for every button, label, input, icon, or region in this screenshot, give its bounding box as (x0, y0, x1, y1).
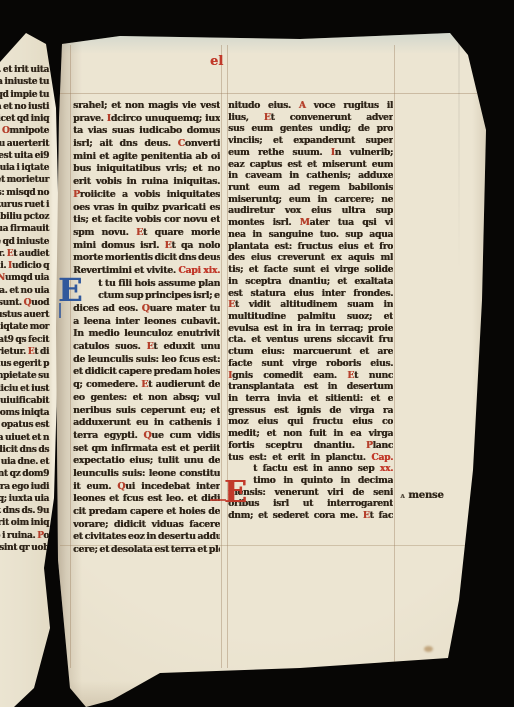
text-line: gressus est ignis de virga ra (228, 405, 393, 417)
text-run: et uita uiuet et n (0, 433, 49, 443)
text-run: usturus ruet i (0, 200, 49, 210)
text-run: lius, (228, 112, 264, 123)
text-line: ama et no iusti (0, 102, 52, 114)
text-run: fortis sceptru dnantiu. (228, 440, 366, 451)
text-line: dnm; et sederet cora me. Et fac (228, 510, 393, 522)
text-run: ui incedebat inter (125, 481, 220, 492)
text-run: P (73, 189, 80, 200)
text-line: multitudine palmitu suoz; et (228, 311, 393, 323)
text-run: transplantata est in desertum (228, 381, 393, 392)
text-run: in terra invia et sitienti: et e (228, 393, 393, 404)
text-run: plantata est: fructus eius et fro (228, 241, 393, 252)
text-run: vinciis; et expanderunt super (228, 135, 393, 146)
text-line: morietur. Et di (0, 347, 52, 359)
text-run: audiretur vox eius ultra sup (228, 205, 393, 216)
text-run: ur sunt qz dom9 (0, 469, 49, 479)
text-line: a dni. Iudicio q (0, 261, 52, 273)
text-run: tus est: et erit in planctu. (228, 452, 371, 463)
text-run: expectatio eius; tulit unu de (73, 455, 220, 466)
text-line: cta. et ventus urens siccavit fru (228, 334, 393, 346)
text-run: qua uia dne. et (0, 457, 49, 467)
text-line: mutat9 qs fecit (0, 335, 52, 347)
text-run: multitudine palmitu suoz; et (228, 311, 393, 322)
text-run: queq; iuxta uia (0, 494, 49, 504)
text-line: Et dicit dns ds (0, 445, 52, 457)
text-run: roiicite a vobis iniquitates (80, 189, 220, 200)
text-line: In medio leunculoz enutrivit (73, 328, 220, 341)
text-line: eum rethe suum. In vulnerib; (228, 147, 393, 159)
text-line: s. Numqd uia (0, 273, 52, 285)
text-line: in caveam in cathenis; adduxe (228, 170, 393, 182)
text-run: si iustus auert (0, 310, 49, 320)
text-line: eaz captus est et miserunt eum (228, 159, 393, 171)
text-run: t eduxit unu (153, 341, 220, 352)
text-run: medit; et non fuit in ea virga (228, 428, 393, 439)
text-run: de leunculis suis: leo fcus est: (73, 354, 220, 365)
text-line: ordabiliu pctoz (0, 212, 52, 224)
text-line: Et vidit altitudinem suam in (228, 299, 393, 311)
text-run: Capi xix. (178, 265, 220, 276)
text-line: emur. Et audiet (0, 249, 52, 261)
text-line: eo gentes: et non absq; vul (73, 392, 220, 405)
text-line: Proiicite a vobis iniquitates (73, 189, 220, 202)
text-run: o (43, 531, 49, 541)
text-run: a se oms iniqta (0, 408, 49, 418)
text-run: t audiet (13, 249, 49, 259)
text-line: et iudiciu et iust (0, 384, 52, 396)
text-line: qua firmauit (0, 224, 52, 236)
text-run: mutat9 qs fecit (0, 335, 49, 345)
text-line: spm novu. Et quare morie (73, 227, 220, 240)
text-run: t qa nolo (171, 240, 220, 251)
text-line: nsura ego iudi (0, 482, 52, 494)
text-line: mensis: venerunt viri de seni (228, 487, 393, 499)
crease (458, 34, 460, 274)
text-run: is: et morietur (0, 175, 49, 185)
text-run: it eum. (73, 481, 117, 492)
text-run: t dicit dns ds (0, 445, 49, 455)
text-run: inse sunt. (0, 298, 24, 308)
text-line: is: et morietur (0, 175, 52, 187)
text-line: et uita uiuet et n (0, 433, 52, 445)
text-line: transplantata est in desertum (228, 381, 393, 393)
text-run: t nunc (354, 370, 393, 381)
text-line: ur sunt qz dom9 (0, 469, 52, 481)
text-run: n vulnerib; (335, 147, 393, 158)
text-run: dices ad eos. (73, 303, 142, 314)
text-run: srahel; et non magis vie vest (73, 100, 220, 111)
text-run: onverti (185, 138, 220, 149)
text-run: leones et fcus est leo. et didi (73, 493, 220, 504)
text-run: ama et no iusti (0, 102, 49, 112)
text-line: ma. et irit uita (0, 65, 52, 77)
text-run: ema. et no uia (0, 286, 49, 296)
text-run: terra egypti. (73, 430, 143, 441)
text-run: a dni. (0, 261, 8, 271)
text-run: mini domus isrl. (73, 240, 164, 251)
text-line: oribus isrl ut interrogarent (228, 498, 393, 510)
text-run: morietur. (0, 347, 28, 357)
text-run: evulsa est in ira in terraq; proie (228, 323, 393, 334)
text-run: ue cum vidis (151, 430, 220, 441)
text-run: t di (34, 347, 49, 357)
ruling-line (394, 45, 395, 668)
text-run: prave. (73, 113, 107, 124)
text-line: ema. et no uia (0, 286, 52, 298)
text-run: nea in sanguine tuo. sup aqua (228, 229, 393, 240)
text-line: sus eum gentes undiq; de pro (228, 123, 393, 135)
text-line: qua uia dne. et (0, 457, 52, 469)
text-run: gressus est ignis de virga ra (228, 405, 393, 416)
text-line: nitudo eius. A voce rugitus il (228, 100, 393, 112)
text-run: er iniqtate mor (0, 322, 49, 332)
text-run: udicio q (12, 261, 49, 271)
text-run: Revertimini et vivite. (73, 265, 178, 276)
text-run: ab impietate su (0, 371, 49, 381)
text-run: neribus suis ceperunt eu; et (73, 405, 220, 416)
text-line: bus iniquitatibus vris; et no (73, 163, 220, 176)
text-line: fine qd iniuste (0, 237, 52, 249)
text-run: impius egerit p (0, 359, 49, 369)
text-column-2: nitudo eius. A voce rugitus illius, Et c… (228, 100, 393, 522)
text-line: queq; iuxta uia (0, 494, 52, 506)
text-line: tis; et facte sunt ei virge solide (228, 264, 393, 276)
text-line: expectatio eius; tulit unu de (73, 455, 220, 468)
text-run: E (141, 379, 148, 390)
text-line: dices ad eos. Quare mater tu (73, 303, 220, 316)
text-run: set qm infirmata est et periit (73, 443, 220, 454)
text-run: cit predam capere et hoies de (73, 506, 220, 517)
text-run: fine qd iniuste (0, 237, 49, 247)
text-run: bua iniuste tu (0, 77, 49, 87)
text-run: gnis comedit eam. (232, 370, 347, 381)
text-line: neribus suis ceperunt eu; et (73, 405, 220, 418)
ruling-line (60, 93, 486, 94)
text-line: fortis sceptru dnantiu. Planc (228, 440, 393, 452)
text-run: uare mater tu (149, 303, 220, 314)
text-run: bus iniquitatibus vris; et no (73, 163, 220, 174)
text-run: ater tua qsi vi (310, 217, 394, 228)
text-run: in caveam in cathenis; adduxe (228, 170, 393, 181)
text-run: et didicit capere predam hoies (73, 366, 220, 377)
text-run: uod (31, 298, 49, 308)
main-page: el srahel; et non magis vie vestprave. I… (52, 28, 492, 707)
text-run: des eius creverunt ex aquis ml (228, 252, 393, 263)
text-run: t audierunt de (148, 379, 220, 390)
text-run: voce rugitus il (306, 100, 393, 111)
text-line: vorare; didicit viduas facere (73, 519, 220, 532)
text-run: lanc (372, 440, 393, 451)
text-run: mini et agite penitentia ab oi (73, 151, 220, 162)
text-line: er uia i iqtate (0, 163, 52, 175)
left-page: ma. et irit uitabua iniuste tuSi qd impi… (0, 28, 62, 707)
text-run: tis; et facite vobis cor novu et (73, 214, 220, 225)
text-line: usturus ruet i (0, 200, 52, 212)
ruling-line (70, 45, 71, 668)
text-line: nea in sanguine tuo. sup aqua (228, 229, 393, 241)
text-run: E (136, 227, 143, 238)
text-run: oes vras in quibz pvaricati es (73, 202, 220, 213)
text-run: uob i ruina. (0, 531, 37, 541)
text-line: des eius creverunt ex aquis ml (228, 252, 393, 264)
text-run: dnm; et sederet cora me. (228, 510, 363, 521)
text-run: nitudo eius. (228, 100, 299, 111)
text-run: er uia i iqtate (0, 163, 49, 173)
text-line: ne sint qr uob (0, 543, 52, 555)
text-run: ta vias suas iudicabo domus (73, 125, 220, 136)
text-run: erit vobis in ruina iniquitas. (73, 176, 220, 187)
text-run: E (228, 299, 235, 310)
text-line: q; comedere. Et audierunt de (73, 379, 220, 392)
text-run: Si qd impie tu (0, 90, 49, 100)
text-run: Q (117, 481, 125, 492)
left-page-text-column: ma. et irit uitabua iniuste tuSi qd impi… (0, 65, 52, 555)
text-run: est statura eius inter frondes. (228, 288, 393, 299)
text-line: inse sunt. Quod (0, 298, 52, 310)
text-run: eaz captus est et miserunt eum (228, 159, 393, 170)
text-run: timo in quinto in decima (253, 475, 393, 486)
text-run: Cap. (371, 452, 393, 463)
text-run: in sceptra dnantiu; et exaltata (228, 276, 393, 287)
text-line: nur. Omnipote (0, 126, 52, 138)
text-run: Q (24, 298, 32, 308)
text-column-1: srahel; et non magis vie vestprave. Idci… (73, 100, 220, 558)
text-run: tis; et facte sunt ei virge solide (228, 264, 393, 275)
text-line: ustificet qd iniq (0, 114, 52, 126)
text-run: catulos suos. (73, 341, 146, 352)
text-run: oribus isrl ut interrogarent (228, 498, 393, 509)
text-line: ia et uiuificabit (0, 396, 52, 408)
text-run: cere; et desolata est terra et ple (73, 544, 220, 555)
text-run: a leena inter leones cubavit. (73, 316, 220, 327)
text-line: a se oms iniqta (0, 408, 52, 420)
text-line: quas opatus est (0, 420, 52, 432)
text-line: in sceptra dnantiu; et exaltata (228, 276, 393, 288)
margin-note-text: mense (408, 490, 443, 501)
text-line: timo in quinto in decima (228, 475, 393, 487)
text-run: t vidit altitudinem suam in (235, 299, 393, 310)
text-line: et civitates eoz in desertu addu (73, 531, 220, 544)
text-run: t fac (369, 510, 393, 521)
text-run: miseruntq; eum in carcere; ne (228, 194, 393, 205)
text-run: ustificet qd iniq (0, 114, 49, 124)
text-line: plantata est: fructus eius et fro (228, 241, 393, 253)
text-run: morte morientis dicit dns deus. (73, 252, 220, 263)
text-run: isrl; ait dns deus. (73, 138, 178, 149)
text-line: runt eum ad regem babilonis (228, 182, 393, 194)
text-line: uob i ruina. Po (0, 531, 52, 543)
text-line: leunculis suis: leone constitu (73, 468, 220, 481)
text-line: set qm infirmata est et periit (73, 443, 220, 456)
text-line: evulsa est in ira in terraq; proie (228, 323, 393, 335)
text-line: t factu est in anno sep xx. (228, 463, 393, 475)
text-line: er iniqtate mor (0, 322, 52, 334)
text-line: est statura eius inter frondes. (228, 288, 393, 300)
text-line: erit vobis in ruina iniquitas. (73, 176, 220, 189)
text-line: impius egerit p (0, 359, 52, 371)
text-line: et didicit capere predam hoies (73, 366, 220, 379)
running-header: el (210, 54, 223, 69)
text-line: ab impietate su (0, 371, 52, 383)
text-line: morte morientis dicit dns deus. (73, 252, 220, 265)
text-run: cta. et ventus urens siccavit fru (228, 334, 393, 345)
text-run: montes isrl. (228, 217, 300, 228)
text-line: Ignis comedit eam. Et nunc (228, 370, 393, 382)
text-line: moz eius qui fructu eius co (228, 416, 393, 428)
text-line: bua iniuste tu (0, 77, 52, 89)
text-run: ne sint qr uob (0, 543, 49, 553)
stain (424, 646, 433, 652)
text-line: et irit oim iniq (0, 518, 52, 530)
text-line: adduxerunt eu in cathenis i (73, 417, 220, 430)
text-line: t tu fili hois assume plan (73, 278, 220, 291)
text-run: adduxerunt eu in cathenis i (73, 417, 220, 428)
text-run: t factu est in anno sep (253, 463, 380, 474)
photo-background: ma. et irit uitabua iniuste tuSi qd impi… (0, 0, 514, 707)
text-run: leunculis suis: leone constitu (73, 468, 220, 479)
text-run: eum rethe suum. (228, 147, 331, 158)
text-run: mnipote (9, 126, 49, 136)
text-run: uis: misqd no (0, 188, 49, 198)
text-run: et civitates eoz in desertu addu (73, 531, 220, 542)
text-line: oes vras in quibz pvaricati es (73, 202, 220, 215)
ruling-line (221, 45, 222, 668)
text-run: vorare; didicit viduas facere (73, 519, 220, 530)
text-run: ma. et irit uita (0, 65, 49, 75)
text-run: mensis: venerunt viri de seni (228, 487, 393, 498)
text-line: tus est: et erit in planctu. Cap. (228, 452, 393, 464)
text-run: E (347, 370, 354, 381)
chapter-initial-20: E (224, 479, 247, 507)
text-line: in terra invia et sitienti: et e (228, 393, 393, 405)
text-line: terra egypti. Que cum vidis (73, 430, 220, 443)
text-run: In medio leunculoz enutrivit (73, 328, 220, 339)
text-line: cere; et desolata est terra et ple (73, 544, 220, 557)
text-run: t tu fili hois assume plan (98, 278, 220, 289)
text-run: sus eum gentes undiq; de pro (228, 123, 393, 134)
text-line: ctum sup principes isrl; et (73, 290, 220, 303)
text-run: eo gentes: et non absq; vul (73, 392, 220, 403)
text-run: umqd uia (5, 273, 49, 283)
text-line: srahel; et non magis vie vest (73, 100, 220, 113)
text-run: et iudiciu et iust (0, 384, 49, 394)
chapter-initial-19: E (58, 275, 82, 305)
text-run: et irit oim iniq (0, 518, 49, 528)
text-run: et cu auerterit (0, 139, 49, 149)
text-line: audiretur vox eius ultra sup (228, 205, 393, 217)
text-run: spm novu. (73, 227, 136, 238)
text-line: vinciis; et expanderunt super (228, 135, 393, 147)
text-run: qua firmauit (0, 224, 49, 234)
text-line: catulos suos. Et eduxit unu (73, 341, 220, 354)
text-run: A (299, 100, 306, 111)
text-line: ta vias suas iudicabo domus (73, 125, 220, 138)
text-run: ordabiliu pctoz (0, 212, 49, 222)
text-run: ia et uiuificabit (0, 396, 49, 406)
text-run: t convenerunt adver (270, 112, 393, 123)
text-line: leones et fcus est leo. et didi (73, 493, 220, 506)
text-run: q; comedere. (73, 379, 141, 390)
text-line: lius, Et convenerunt adver (228, 112, 393, 124)
text-line: medit; et non fuit in ea virga (228, 428, 393, 440)
text-line: de leunculis suis: leo fcus est: (73, 354, 220, 367)
text-line: a leena inter leones cubavit. (73, 316, 220, 329)
text-line: miseruntq; eum in carcere; ne (228, 194, 393, 206)
text-line: ctum eius: marcuerunt et are (228, 346, 393, 358)
text-run: M (300, 217, 310, 228)
text-line: facte sunt virge roboris eius. (228, 358, 393, 370)
text-run: nsura ego iudi (0, 482, 49, 492)
text-line: Revertimini et vivite. Capi xix. (73, 265, 220, 278)
text-run: ctum sup principes isrl; et (98, 290, 220, 301)
text-line: si iustus auert (0, 310, 52, 322)
text-run: dicit dns ds. 9u (0, 506, 49, 516)
text-line: tis; et facite vobis cor novu et (73, 214, 220, 227)
text-run: dcirco unuquemq; iux (111, 113, 220, 124)
text-line: mini domus isrl. Et qa nolo (73, 240, 220, 253)
text-line: isrl; ait dns deus. Converti (73, 138, 220, 151)
text-line: montes isrl. Mater tua qsi vi (228, 217, 393, 229)
insertion-caret-icon: ʌ (400, 491, 404, 500)
text-line: uis: misqd no (0, 188, 52, 200)
text-run: t quare morie (143, 227, 220, 238)
text-line: Si qd impie tu (0, 90, 52, 102)
text-line: cit predam capere et hoies de (73, 506, 220, 519)
text-line: dicit dns ds. 9u (0, 506, 52, 518)
text-run: C (178, 138, 185, 149)
text-run: er est uita ei9 (0, 151, 49, 161)
margin-note: ʌmense (400, 490, 444, 501)
text-line: prave. Idcirco unuquemq; iux (73, 113, 220, 126)
text-line: mini et agite penitentia ab oi (73, 151, 220, 164)
text-run: ctum eius: marcuerunt et are (228, 346, 393, 357)
text-run: moz eius qui fructu eius co (228, 416, 393, 427)
text-run: runt eum ad regem babilonis (228, 182, 393, 193)
text-run: facte sunt virge roboris eius. (228, 358, 393, 369)
text-run: xx. (380, 463, 393, 474)
text-run: quas opatus est (0, 420, 49, 430)
text-line: er est uita ei9 (0, 151, 52, 163)
text-line: it eum. Qui incedebat inter (73, 481, 220, 494)
text-line: et cu auerterit (0, 139, 52, 151)
